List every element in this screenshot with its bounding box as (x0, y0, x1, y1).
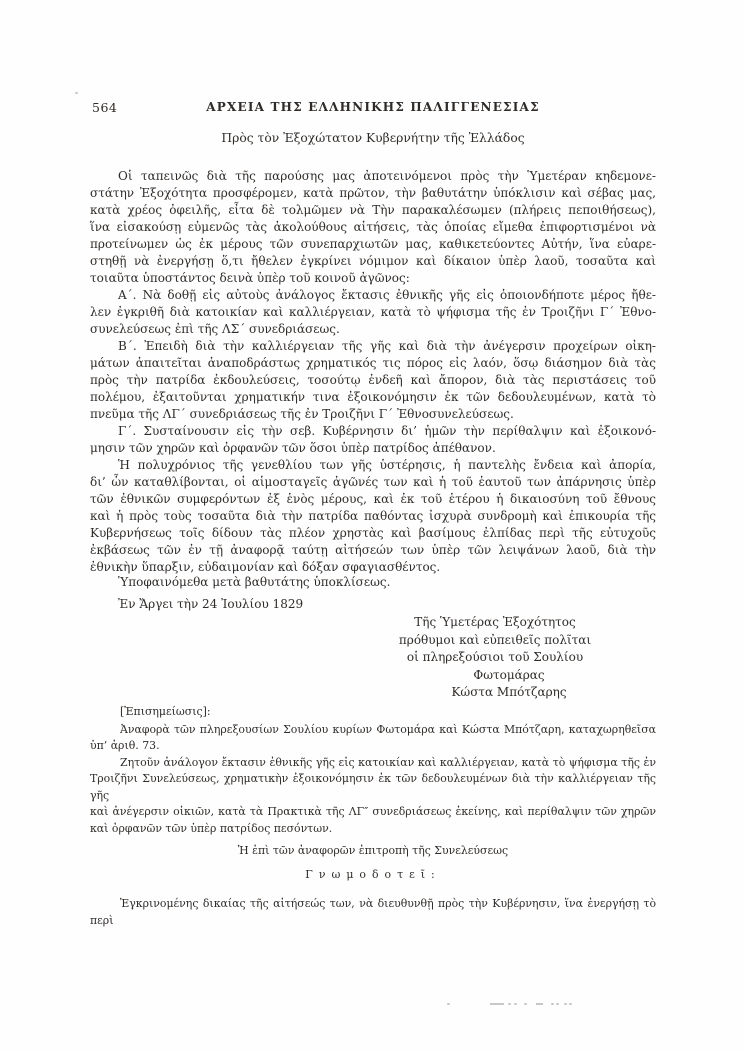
text-line: προτείνωμεν ὡς ἐκ μέρους τῶν συνεπαρχιωτ… (90, 236, 656, 253)
closing-dateline: Ἐν Ἄργει τὴν 24 Ἰουλίου 1829 (118, 597, 303, 611)
text-line: συνελεύσεως ἐπὶ τῆς ΛΣ΄ συνεδριάσεως. (90, 321, 656, 338)
text-line: πολέμου, ἐξαιτοῦνται χρηματικήν τινα ἐξο… (90, 389, 656, 406)
text-line: Ἡ πολυχρόνιος τῆς γενεθλίου των γῆς ὑστέ… (90, 457, 656, 474)
scan-dash (490, 1003, 504, 1005)
text-line: στάτην Ἐξοχότητα προσφέρομεν, κατὰ πρῶτο… (90, 185, 656, 202)
scan-dash (536, 1003, 543, 1005)
scan-speck (551, 1003, 554, 1005)
document-body: Οἱ ταπεινῶς διὰ τῆς παρούσης μας ἀποτειν… (90, 168, 656, 576)
text-line: πνεῦμα τῆς ΛΓ΄ συνεδριάσεως τῆς ἐν Τροιζ… (90, 406, 656, 423)
text-line: πρὸς τὴν πατρίδα ἐκδουλεύσεις, τοσούτῳ ἐ… (90, 372, 656, 389)
scan-speck (508, 1003, 511, 1005)
running-header: 564 ΑΡΧΕΙΑ ΤΗΣ ΕΛΛΗΝΙΚΗΣ ΠΑΛΙΓΓΕΝΕΣΙΑΣ (90, 100, 656, 116)
text-line: Β΄. Ἐπειδὴ διὰ τὴν καλλιέργειαν τῆς γῆς … (90, 338, 656, 355)
annotation-summary: Ζητοῦν ἀνάλογον ἔκτασιν ἐθνικῆς γῆς εἰς … (90, 755, 656, 838)
text-line: στηθῇ νὰ ἐνεργήσῃ ὅ,τι ἤθελεν ἐγκρίνει ν… (90, 253, 656, 270)
scan-speck (556, 1003, 559, 1005)
paragraph-request-c: Γ΄. Συσταίνουσιν εἰς τὴν σεβ. Κυβέρνησιν… (90, 423, 656, 457)
text-line: πρόθυμοι καὶ εὐπειθεῖς πολῖται (360, 632, 630, 650)
text-line: Οἱ ταπεινῶς διὰ τῆς παρούσης μας ἀποτειν… (90, 168, 656, 185)
paragraph-intro: Οἱ ταπεινῶς διὰ τῆς παρούσης μας ἀποτειν… (90, 168, 656, 287)
scan-speck (524, 1003, 527, 1005)
text-line: κατὰ χρέος ὀφειλῆς, εἶτα δὲ τολμῶμεν νὰ … (90, 202, 656, 219)
text-line: ἵνα εἰσακούσῃ εὐμενῶς τὰς ἀκολούθους αἰτ… (90, 219, 656, 236)
text-line: Τῆς Ὑμετέρας Ἐξοχότητος (360, 614, 630, 632)
text-line: καὶ ὀρφανῶν τῶν ὑπὲρ πατρίδος πεσόντων. (90, 821, 656, 838)
scan-speck (569, 1003, 572, 1005)
scan-speck (447, 1003, 450, 1005)
text-line: Φωτομάρας (374, 667, 644, 685)
scan-speck (75, 92, 78, 94)
text-line: δι’ ὧν καταθλίβονται, οἱ αἱμοσταγεῖς ἀγῶ… (90, 474, 656, 491)
text-line: οἱ πληρεξούσιοι τοῦ Σουλίου (360, 649, 630, 667)
paragraph-justification: Ἡ πολυχρόνιος τῆς γενεθλίου των γῆς ὑστέ… (90, 457, 656, 576)
text-line: Α΄. Νὰ δοθῇ εἰς αὐτοὺς ἀνάλογος ἔκτασις … (90, 287, 656, 304)
verdict-line: Ἐγκρινομένης δικαίας τῆς αἰτήσεώς των, ν… (90, 896, 656, 929)
verdict-heading: Γνωμοδοτεῖ: (90, 867, 656, 884)
text-line: Ἀναφορὰ τῶν πληρεξουσίων Σουλίου κυρίων … (90, 722, 656, 739)
text-line: Τροιζῆνι Συνελεύσεως, χρηματικὴν ἐξοικον… (90, 771, 656, 804)
paragraph-request-b: Β΄. Ἐπειδὴ διὰ τὴν καλλιέργειαν τῆς γῆς … (90, 338, 656, 423)
paragraph-request-a: Α΄. Νὰ δοθῇ εἰς αὐτοὺς ἀνάλογος ἔκτασις … (90, 287, 656, 338)
text-line: τῶν ἐθνικῶν συμφερόντων ἐξ ἑνὸς μέρους, … (90, 491, 656, 508)
annotation-label: [Ἐπισημείωσις]: (90, 704, 656, 721)
scan-speck (564, 1003, 567, 1005)
text-line: Ζητοῦν ἀνάλογον ἔκτασιν ἐθνικῆς γῆς εἰς … (90, 755, 656, 772)
text-line: ἐκβάσεως τῶν ἐν τῇ ἀναφορᾷ ταύτῃ αἰτήσεώ… (90, 542, 656, 559)
document-salutation: Πρὸς τὸν Ἐξοχώτατον Κυβερνήτην τῆς Ἑλλάδ… (90, 131, 656, 145)
text-line: καὶ ἡ πρὸς τοὺς τοσαῦτα διὰ τὴν πατρίδα … (90, 508, 656, 525)
text-line: Κυβερνήσεως τοῖς δίδουν τὰς πλέον χρηστὰ… (90, 525, 656, 542)
text-line: ὑπ’ ἀριθ. 73. (90, 738, 656, 755)
text-line: μησιν τῶν χηρῶν καὶ ὀρφανῶν τῶν ὅσοι ὑπὲ… (90, 440, 656, 457)
committee-line: Ἡ ἐπὶ τῶν ἀναφορῶν ἐπιτροπὴ τῆς Συνελεύσ… (90, 843, 656, 860)
closing-subscription: Ὑποφαινόμεθα μετὰ βαθυτάτης ὑποκλίσεως. (118, 575, 390, 589)
text-line: τοιαῦτα ὑποστάντος δεινὰ ὑπὲρ τοῦ κοινοῦ… (90, 270, 656, 287)
scan-speck (514, 1003, 517, 1005)
text-line: Γ΄. Συσταίνουσιν εἰς τὴν σεβ. Κυβέρνησιν… (90, 423, 656, 440)
annotation-section: [Ἐπισημείωσις]: Ἀναφορὰ τῶν πληρεξουσίων… (90, 704, 656, 929)
scanned-document-page: 564 ΑΡΧΕΙΑ ΤΗΣ ΕΛΛΗΝΙΚΗΣ ΠΑΛΙΓΓΕΝΕΣΙΑΣ Π… (0, 0, 744, 1052)
text-line: Κώστα Μπότζαρης (374, 684, 644, 702)
annotation-registration: Ἀναφορὰ τῶν πληρεξουσίων Σουλίου κυρίων … (90, 722, 656, 755)
text-line: μάτων ἀπαιτεῖται ἀναποδράστως χρηματικός… (90, 355, 656, 372)
signature-block: Τῆς Ὑμετέρας Ἐξοχότητοςπρόθυμοι καὶ εὐπε… (360, 614, 630, 702)
text-line: καὶ ἀνέγερσιν οἰκιῶν, κατὰ τὰ Πρακτικὰ τ… (90, 804, 656, 821)
running-header-title: ΑΡΧΕΙΑ ΤΗΣ ΕΛΛΗΝΙΚΗΣ ΠΑΛΙΓΓΕΝΕΣΙΑΣ (90, 100, 656, 114)
text-line: ἐθνικὴν ὕπαρξιν, εὐδαιμονίαν καὶ δόξαν σ… (90, 559, 656, 576)
text-line: λεν ἐγκριθῆ διὰ κατοικίαν καὶ καλλιέργει… (90, 304, 656, 321)
